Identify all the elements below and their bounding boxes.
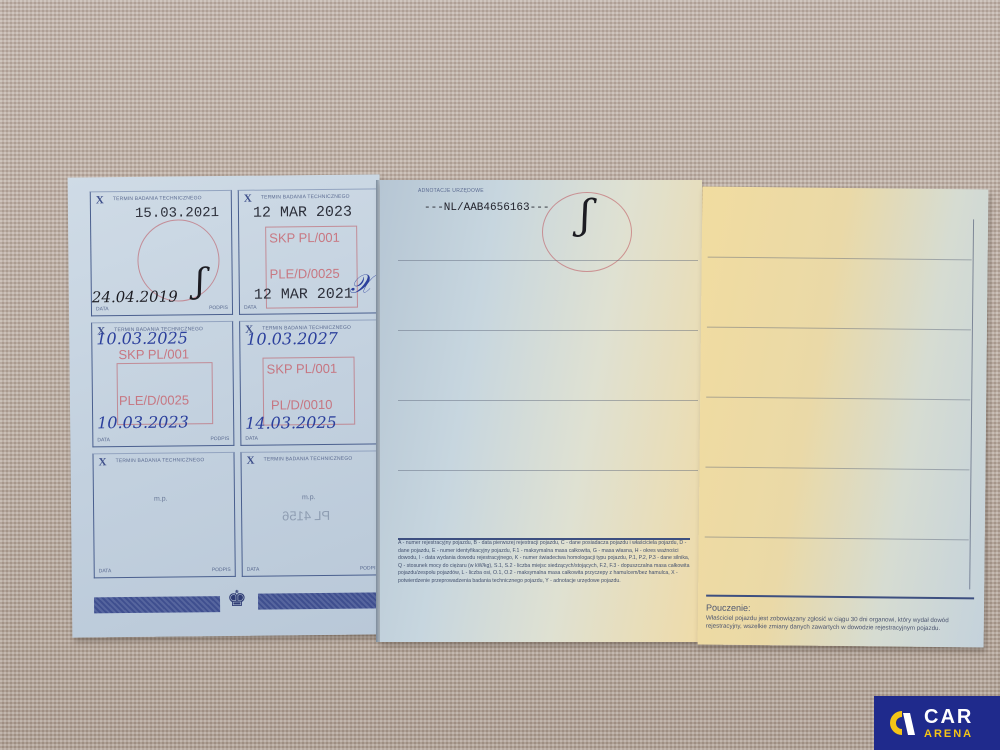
- ruled-line: [708, 257, 972, 261]
- inspection-cell: X TERMIN BADANIA TECHNICZNEGO SKP PL/001…: [91, 321, 234, 447]
- footer-podpis: PODPIS: [212, 567, 231, 573]
- inspection-cell: X TERMIN BADANIA TECHNICZNEGO m.p. DATA …: [92, 452, 235, 578]
- cell-label: TERMIN BADANIA TECHNICZNEGO: [264, 456, 353, 463]
- next-inspection-date: 10.03.2025: [96, 328, 188, 348]
- annotations-label: ADNOTACJE URZĘDOWE: [418, 188, 484, 194]
- inspection-date: 12 MAR 2021: [254, 286, 353, 304]
- footer-data: DATA: [97, 437, 110, 443]
- mark-x: X: [96, 194, 104, 206]
- ruled-line: [706, 397, 970, 401]
- field-legend: A - numer rejestracyjny pojazdu, B - dat…: [398, 538, 690, 632]
- stamp-bottom: PLE/D/0025: [119, 392, 189, 408]
- cell-label: TERMIN BADANIA TECHNICZNEGO: [113, 195, 202, 202]
- security-band-left: [94, 596, 220, 613]
- signature: ʃ: [195, 261, 205, 301]
- footer-data: DATA: [96, 306, 109, 312]
- logo-text-arena: ARENA: [924, 729, 973, 740]
- stamp-top: SKP PL/001: [118, 346, 189, 362]
- footer-data: DATA: [247, 567, 260, 573]
- notice-box: Pouczenie: Właściciel pojazdu jest zobow…: [706, 595, 974, 634]
- logo-text-car: CAR: [924, 707, 973, 727]
- ruled-line: [398, 330, 698, 331]
- inspection-cell: X TERMIN BADANIA TECHNICZNEGO SKP PL/001…: [238, 188, 381, 314]
- next-inspection-date: 15.03.2021: [135, 205, 219, 222]
- mp-label: m.p.: [154, 496, 168, 503]
- inspection-page: X TERMIN BADANIA TECHNICZNEGO 15.03.2021…: [68, 174, 385, 637]
- footer-podpis: PODPIS: [209, 305, 228, 311]
- notice-title: Pouczenie:: [706, 603, 974, 616]
- notice-page: Pouczenie: Właściciel pojazdu jest zobow…: [698, 187, 989, 648]
- ruled-line: [705, 467, 969, 471]
- ruled-line: [398, 260, 698, 261]
- registration-annotation: ---NL/AAB4656163---: [424, 202, 549, 214]
- footer-data: DATA: [245, 436, 258, 442]
- signature: ʃ: [580, 192, 591, 238]
- stamp-top: SKP PL/001: [267, 361, 338, 377]
- cell-label: TERMIN BADANIA TECHNICZNEGO: [261, 194, 350, 201]
- stamp-bottom: PL/D/0010: [271, 397, 333, 413]
- ruled-line: [707, 327, 971, 331]
- handwritten-date: 24.04.2019: [92, 287, 178, 306]
- next-inspection-date: 10.03.2027: [246, 329, 338, 349]
- inspection-date: 14.03.2025: [245, 413, 337, 433]
- inspection-cell: X TERMIN BADANIA TECHNICZNEGO SKP PL/001…: [239, 319, 382, 445]
- ruled-line: [398, 400, 698, 401]
- next-inspection-date: 12 MAR 2023: [253, 204, 352, 222]
- notice-text: Właściciel pojazdu jest zobowiązany zgło…: [706, 615, 974, 634]
- faint-watermark: PL 4156: [282, 508, 330, 524]
- footer-data: DATA: [99, 568, 112, 574]
- footer-podpis: PODPIS: [210, 436, 229, 442]
- registration-page: ADNOTACJE URZĘDOWE ---NL/AAB4656163--- ʃ…: [380, 180, 702, 642]
- inspection-cell: X TERMIN BADANIA TECHNICZNEGO 15.03.2021…: [90, 190, 233, 316]
- stamp-top: SKP PL/001: [269, 230, 340, 246]
- page-border: [969, 219, 974, 589]
- mark-x: X: [244, 193, 252, 205]
- ruled-line: [705, 537, 969, 541]
- logo-mark-icon: [888, 709, 916, 737]
- inspection-grid: X TERMIN BADANIA TECHNICZNEGO 15.03.2021…: [90, 188, 378, 191]
- inspection-date: 10.03.2023: [97, 412, 189, 432]
- security-band-right: [258, 592, 382, 609]
- signature: 𝒳: [350, 269, 373, 300]
- cell-label: TERMIN BADANIA TECHNICZNEGO: [116, 457, 205, 464]
- footer-data: DATA: [244, 305, 257, 311]
- eagle-emblem-icon: ♚: [227, 586, 247, 612]
- inspection-cell: X TERMIN BADANIA TECHNICZNEGO m.p. PL 41…: [240, 450, 383, 576]
- mp-label: m.p.: [302, 494, 316, 501]
- ruled-line: [398, 470, 698, 471]
- car-arena-logo: CAR ARENA: [874, 696, 1000, 750]
- mark-x: X: [247, 455, 255, 467]
- mark-x: X: [99, 456, 107, 468]
- stamp-bottom: PLE/D/0025: [270, 266, 340, 282]
